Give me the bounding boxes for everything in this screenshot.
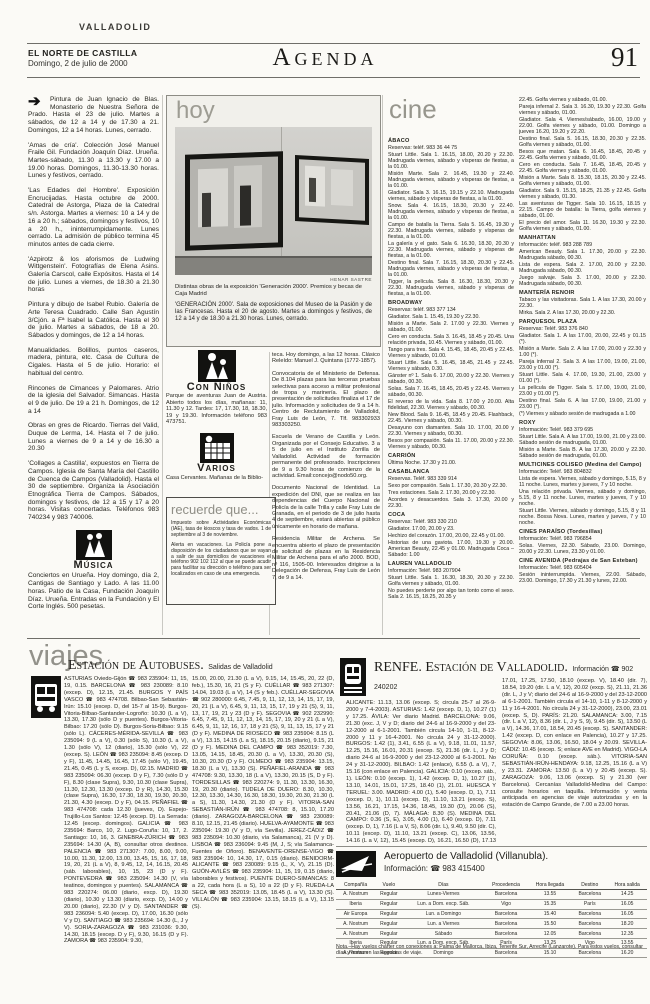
cine-entry: Gladiator. 17.00, 20.00 y 23.: [388, 526, 514, 532]
flight-table-header-cell: Procedencia: [484, 881, 527, 890]
musica-icon: [76, 530, 112, 560]
cine-venue: ROXYInformación: Teléf. 983 379 695Stuar…: [519, 420, 646, 459]
masthead-bottom-rule: [27, 77, 640, 78]
flight-row: IberiaRegularLun. a Dom. excp. Sáb.Vigo1…: [336, 899, 647, 909]
cine-entry: Misión Marte. Sala 2. 16.45, 19.30 y 22.…: [388, 171, 514, 189]
hoy-feature-box: hoy HENAR SASTRE Distintas obras de la e…: [166, 95, 381, 347]
cine-entry: Gladiator. Sala 9. 15.15, 18.25, 21.35 y…: [519, 188, 646, 200]
recuerde-item: Impuesto sobre Actividades Económicas (I…: [171, 521, 271, 539]
cine-venue: LAUREN VALLADOLIDInformación: Teléf. 983…: [388, 561, 514, 600]
cine-entry: Stuart Little. Sala A. A las 17.00, 19.0…: [519, 434, 646, 446]
cine-entry: Gladiator. Sala 3. 16.15, 19.15 y 22.10.…: [388, 190, 514, 202]
flight-row: A. NostrumRegularLun. a ViernesBarcelona…: [336, 919, 647, 929]
cine-entry: Sexo por compasión. Sala 1. 17.30, 20.30…: [388, 483, 514, 489]
cine-entry: Gladiator. Sala 1. 15.45, 19.30 y 22.30.: [388, 314, 514, 320]
cine-entry: Tigger, la película. Sala 8. 16.30, 18.3…: [388, 279, 514, 297]
cine-venue-name: BROADWAY: [388, 300, 514, 306]
agenda-item: Manualidades. Bolillos, puntos caseros, …: [28, 347, 159, 378]
photo-credit: HENAR SASTRE: [175, 277, 372, 282]
flight-cell: Lun. a Viernes: [403, 919, 485, 929]
announcement: Residencia Militar de Archena. Se encuen…: [272, 536, 380, 581]
flight-cell: París: [572, 899, 607, 909]
announcement: Documento Nacional de Identidad. La expe…: [272, 485, 380, 530]
flight-table-header-cell: Compañía: [336, 881, 375, 890]
flight-cell: Iberia: [336, 899, 375, 909]
flight-cell: 16.05: [607, 909, 647, 919]
cine-entry: Stuart Little. Sala 1. 16.15, 18.00, 20.…: [388, 152, 514, 170]
cine-entry: Destino final. Sala 6. A las 17.00, 19.0…: [519, 398, 646, 410]
train-icon: [340, 658, 366, 696]
flight-cell: Barcelona: [484, 929, 527, 939]
airport-title: Aeropuerto de Valladolid (Villanubla).: [384, 851, 548, 862]
cine-entry: (*) Viernes y sábado sesión de madrugada…: [519, 411, 646, 417]
exhibitions-column: ➔Pintura de Juan Ignacio de Blas. Monast…: [28, 96, 159, 630]
flight-cell: 15.35: [528, 899, 572, 909]
flight-cell: Air Europa: [336, 909, 375, 919]
viajes-top-rule: [27, 638, 640, 639]
flight-cell: Vigo: [484, 899, 527, 909]
flight-cell: Regular: [375, 890, 402, 900]
bus-schedule-column-2: 15.00, 20.00, 21.30 (L a V), 9.15, 14, 1…: [192, 676, 334, 1000]
cine-venue-name: CARRIÓN: [388, 453, 514, 459]
flight-cell: Barcelona: [484, 909, 527, 919]
cine-entry: Información: Teléf. 983 379 695: [519, 427, 646, 433]
agenda-item: 'Azpirotz & los aforismos de Ludwing Wit…: [28, 256, 159, 295]
column-divider: [162, 95, 163, 635]
flight-cell: 12.35: [607, 929, 647, 939]
flight-cell: 15.50: [528, 919, 572, 929]
bus-station-subtitle: Salidas de Valladolid: [208, 664, 272, 671]
edition-region-label: VALLADOLID: [79, 22, 151, 32]
cine-entry: Lista de espera. Viernes, sábado y domin…: [519, 476, 646, 488]
exhibition-photo: [175, 127, 372, 275]
cine-entry: Destino final. Sala 5. 16.15, 18.30, 20.…: [519, 136, 646, 148]
cine-entry: Misión a Marte. Sala 8. 15.30, 18.15, 20…: [519, 175, 646, 187]
flight-table-header-cell: Hora salida: [607, 881, 647, 890]
flight-cell: 12.05: [528, 929, 572, 939]
airport-info-phone: Información: ☎ 983 415400: [384, 864, 485, 873]
cine-entry: Tango para tres. Sala 4. 15.45, 18.45, 2…: [388, 347, 514, 359]
hoy-listing: 'GENERACIÓN 2000'. Sala de exposiciones …: [175, 302, 372, 323]
cine-venue-name: ÁBACO: [388, 138, 514, 144]
arrow-icon: ➔: [28, 96, 50, 109]
cine-entry: Misión a Marte. Sala 2. A las 17.00, 20.…: [519, 346, 646, 358]
flight-cell: Barcelona: [572, 890, 607, 900]
cine-entry: American Beauty. Sala 1. 17.30, 20.00 y …: [519, 249, 646, 261]
cine-venue-name: LAUREN VALLADOLID: [388, 561, 514, 567]
cine-column-1: ÁBACOReservas: teléf. 983 36 44 75Stuart…: [388, 136, 514, 635]
cine-entry: El reverso de la vida. Sala 8. 17.00 y 2…: [388, 399, 514, 411]
cine-venue: PARQUESOL PLAZAReservas: Teléf. 983 376 …: [519, 319, 646, 417]
agenda-item: ➔Pintura de Juan Ignacio de Blas. Monast…: [28, 96, 159, 135]
cine-entry: Cero en conducta. Sala 3. 16.45, 18.45 y…: [388, 334, 514, 346]
cine-entry: Misión a Marte. Sala B. A las 17.30, 20.…: [519, 447, 646, 459]
cine-venue: CASABLANCAReservas. Teléf. 983 339 914Se…: [388, 469, 514, 509]
cine-venue-name: ROXY: [519, 420, 646, 426]
kids-column: Con Niños Parque de aventuras Juan de Au…: [166, 350, 267, 481]
cine-entry: Tres estaciones. Sala 2. 17.30, 20.00 y …: [388, 490, 514, 496]
flight-cell: A. Nostrum: [336, 890, 375, 900]
announcement: Escuela de Verano de Castilla y León. Or…: [272, 434, 380, 479]
cine-entry: Pareja infernal 2. Sala 3. 16.30, 19.30 …: [519, 104, 646, 116]
cine-entry: Lista de espera. Sala 2. 17.00, 20.00 y …: [519, 262, 646, 274]
cine-entry: Mirka. Sala 2. A las 17.30, 20.00 y 22.3…: [519, 310, 646, 316]
cine-entry: Información: Teléf. 983 605404: [519, 565, 646, 571]
cine-entry: Reservas: teléf. 983 36 44 75: [388, 145, 514, 151]
flight-row: A. NostrumRegularLunes-ViernesBarcelona1…: [336, 890, 647, 900]
bus-icon: [31, 676, 61, 718]
cine-entry: Reservas: teléf. 983 377 134: [388, 307, 514, 313]
cine-entry: Stuart Little. Sala 5. 16.45, 18.45, 21.…: [388, 360, 514, 372]
cine-venue-name: MULTICINES COLISEO (Medina del Campo): [519, 462, 646, 468]
flight-table-header-cell: Hora llegada: [528, 881, 572, 890]
cine-venue-name: MANTERÍA RENOIR: [519, 290, 646, 296]
flight-table-note: Nota.–Hay vuelos chárter con conexiones …: [336, 944, 647, 956]
cine-entry: Gladiator. Sala 1. A las 17.00, 20.00, 2…: [519, 333, 646, 345]
flight-cell: Regular: [375, 909, 402, 919]
cine-entry: Pareja infernal 2. Sala 3. A las 17.00, …: [519, 359, 646, 371]
cine-entry: Reservas. Teléf. 983 339 914: [388, 476, 514, 482]
con-ninos-text: Parque de aventuras Juan de Austria. Abi…: [166, 393, 267, 425]
newspaper-page: VALLADOLID EL NORTE DE CASTILLA Domingo,…: [0, 0, 650, 1004]
renfe-schedule-column-1: ALICANTE: 11.13, 13.06 (excep. S; circul…: [346, 700, 496, 843]
flight-cell: Lunes-Viernes: [403, 890, 485, 900]
flight-cell: A. Nostrum: [336, 929, 375, 939]
cine-entry: Hechizo del corazón. 17.00, 20.00, 22.45…: [388, 533, 514, 539]
cine-venue: MULTICINES COLISEO (Medina del Campo)Inf…: [519, 462, 646, 526]
hoy-label: hoy: [176, 97, 215, 125]
flight-table-header-cell: Días: [403, 881, 485, 890]
recuerde-box: recuerde que... Impuesto sobre Actividad…: [166, 497, 276, 605]
section-title: Agenda: [0, 44, 650, 72]
cine-entry: Información: teléf. 983 288 789: [519, 242, 646, 248]
cine-entry: Destino final. Sala 7. 16.15, 18.30, 20.…: [388, 260, 514, 278]
agenda-item: Rincones de Cimances y Palomares. Atrio …: [28, 385, 159, 416]
flight-cell: A. Nostrum: [336, 919, 375, 929]
flight-row: A. NostrumRegularSábadoBarcelona12.05Bar…: [336, 929, 647, 939]
bus-station-title: Estación de Autobuses.: [68, 658, 204, 673]
cine-entry: Stuart Little. Sala 4. 17.00, 19.30, 21.…: [519, 372, 646, 384]
cine-entry: Campo de batalla la Tierra. Sala 5. 16.4…: [388, 222, 514, 240]
cine-venue: COCAReservas: Teléf. 983 330 210Gladiato…: [388, 512, 514, 558]
con-ninos-heading: Con Niños: [166, 384, 267, 390]
flight-table-header-row: CompañíaVueloDíasProcedenciaHora llegada…: [336, 881, 647, 890]
photo-caption: Distintas obras de la exposición 'Genera…: [175, 284, 372, 298]
flight-table-header-cell: Vuelo: [375, 881, 402, 890]
varios-heading: Varios: [166, 465, 267, 471]
agenda-item: 'Amas de cría'. Colección José Manuel Fr…: [28, 142, 159, 181]
flight-cell: 18.20: [607, 919, 647, 929]
cine-venue-name: MANHATTAN: [519, 235, 646, 241]
flight-cell: Sábado: [403, 929, 485, 939]
cine-entry: La galería y el gato. Sala 6. 16.30, 18.…: [388, 241, 514, 259]
cine-venue: MANHATTANInformación: teléf. 983 288 789…: [519, 235, 646, 287]
cine-entry: Información: Teléf. 983 796854: [519, 536, 646, 542]
flight-cell: Regular: [375, 919, 402, 929]
cine-venue: MANTERÍA RENOIRTabaco y las visitadoras.…: [519, 290, 646, 316]
cine-entry: Información: Teléf. 983 207904: [388, 568, 514, 574]
renfe-title: RENFE. Estación de Valladolid.: [374, 660, 568, 675]
flight-cell: 14.25: [607, 890, 647, 900]
announcements-column: teca. Hoy domingo, a las 12 horas. Clási…: [272, 352, 380, 635]
bus-station-heading: Estación de Autobuses. Salidas de Vallad…: [68, 656, 273, 674]
flight-cell: Regular: [375, 899, 402, 909]
cine-venue: CINES PARAÍSO (Tordesillas)Información: …: [519, 529, 646, 555]
cine-column-2: 22.45. Golfa viernes y sábado, 01.00.Par…: [519, 97, 646, 635]
cine-venue-name: CASABLANCA: [388, 469, 514, 475]
flight-cell: Barcelona: [572, 909, 607, 919]
cine-entry: Tabaco y las visitadoras. Sala 1. A las …: [519, 297, 646, 309]
cine-entry: La película de Tigger. Sala 5. 17.00, 19…: [519, 385, 646, 397]
cine-entry: No puedes perderte por algo tan tonto co…: [388, 588, 514, 600]
column-divider: [382, 95, 383, 635]
cine-entry: Besos que matan. Sala 6. 16.45, 18.45, 2…: [519, 149, 646, 161]
agenda-item: 'Las Edades del Hombre'. Exposición Encr…: [28, 187, 159, 249]
agenda-item: 'Collages a Castilla', expuestos en Tier…: [28, 460, 159, 522]
cine-entry: Desayuno con diamantes. Sala 10. 17.00, …: [388, 425, 514, 437]
cine-entry: 22.45. Golfa viernes y sábado, 01.00.: [519, 97, 646, 103]
recuerde-item: Alerta en vacaciones. La Policía pone a …: [171, 543, 271, 578]
cine-venue: ÁBACOReservas: teléf. 983 36 44 75Stuart…: [388, 138, 514, 297]
flight-cell: 16.05: [607, 899, 647, 909]
cine-venue: 22.45. Golfa viernes y sábado, 01.00.Par…: [519, 97, 646, 232]
recuerde-title: recuerde que...: [171, 502, 271, 517]
cine-entry: Información: Teléf. 983 804832: [519, 469, 646, 475]
varios-icon: [200, 433, 234, 463]
cine-venue-name: COCA: [388, 512, 514, 518]
cine-entry: Solas. Viernes, 22.30. Sábado, 23.00. Do…: [519, 543, 646, 555]
cine-venue-name: CINE AVENIDA (Pedrajas de San Esteban): [519, 558, 646, 564]
cine-entry: Solas. Sala 7. 16.45, 18.45, 20.45 y 22.…: [388, 386, 514, 398]
bus-schedule-column-1: ASTURIAS Oviedo-Gijón ☎ 983 235904: 11, …: [64, 676, 188, 1000]
cine-venue: BROADWAYReservas: teléf. 983 377 134Glad…: [388, 300, 514, 450]
cine-entry: El precio del amor. Sala 11. 16.30, 19.3…: [519, 220, 646, 232]
cine-entry: New Blood. Sala 9. 16.45, 18.45 y 20.45.…: [388, 412, 514, 424]
cine-entry: Stuart Little. Sala 1. 16.30, 18.30, 20.…: [388, 575, 514, 587]
cine-entry: Historias de una gaviota. 17.00, 19.30 y…: [388, 540, 514, 558]
flight-cell: Barcelona: [572, 929, 607, 939]
flight-cell: Barcelona: [484, 919, 527, 929]
cine-entry: Sesión ininterrumpida. Viernes, 22.00. S…: [519, 572, 646, 584]
musica-heading: Música: [28, 562, 159, 570]
cine-entry: Snow. Sala 4. 16.15, 18.30, 20.30 y 22.4…: [388, 203, 514, 221]
flight-cell: Barcelona: [572, 919, 607, 929]
musica-text: Conciertos en Urueña. Hoy domingo, día 2…: [28, 572, 159, 611]
cine-entry: Gladiator. Sala 4. Viernes/sábado, 16.00…: [519, 117, 646, 135]
agenda-item: Obras en gres de Ricardo. Tierras del Va…: [28, 422, 159, 453]
cine-entry: Las aventuras de Tigger. Sala 10. 16.15,…: [519, 201, 646, 219]
con-ninos-icon: [198, 350, 236, 382]
cine-entry: Juego salvaje. Sala 3. 17.00, 20.00 y 22…: [519, 275, 646, 287]
cine-entry: Reservas: Teléf. 983 330 210: [388, 519, 514, 525]
cine-entry: Misión a Marte. Sala 2. 17.00 y 22.30. V…: [388, 321, 514, 333]
flight-cell: 15.40: [528, 909, 572, 919]
cine-venue: CINE AVENIDA (Pedrajas de San Esteban)In…: [519, 558, 646, 584]
flight-cell: Barcelona: [484, 890, 527, 900]
cine-entry: Acordes y desacuerdos. Sala 3. 17.30, 20…: [388, 497, 514, 509]
announcement: Convocatoria de el Ministerio de Defensa…: [272, 371, 380, 429]
flight-cell: Regular: [375, 929, 402, 939]
flight-cell: 13.55: [528, 890, 572, 900]
cine-entry: Cero en conducta. Sala 7. 16.45, 18.45, …: [519, 162, 646, 174]
cine-venue-name: PARQUESOL PLAZA: [519, 319, 646, 325]
cine-entry: Besos por compasión. Sala 11. 17.00, 20.…: [388, 438, 514, 450]
cine-entry: Reservas: Teléf. 983 376 840: [519, 326, 646, 332]
cine-entry: Gánster nº 1. Sala 6. 17.00, 20.00 y 22.…: [388, 373, 514, 385]
cine-entry: Una relación privada. Viernes, sábado y …: [519, 489, 646, 507]
cine-venue-name: CINES PARAÍSO (Tordesillas): [519, 529, 646, 535]
airport-divider-rule: [336, 846, 647, 847]
cine-label: cine: [389, 94, 437, 125]
cine-entry: Stuart Little. Viernes, sábado y domingo…: [519, 508, 646, 526]
cine-venue: CARRIÓNÚltima Noche. 17.30 y 21.00.: [388, 453, 514, 466]
cine-entry: Última Noche. 17.30 y 21.00.: [388, 460, 514, 466]
flight-cell: Lun. a Dom. excp. Sáb.: [403, 899, 485, 909]
airplane-logo-icon: [336, 851, 376, 877]
flight-cell: Lun. a Domingo: [403, 909, 485, 919]
flight-row: Air EuropaRegularLun. a DomingoBarcelona…: [336, 909, 647, 919]
announcement: teca. Hoy domingo, a las 12 horas. Clási…: [272, 352, 380, 365]
page-number: 91: [611, 42, 638, 73]
varios-text: Casa Cervantes. Mañanas de la Biblio-: [166, 475, 267, 481]
renfe-schedule-column-2: 17.01, 17.25, 17.50, 18.10 (excep. V), 1…: [502, 678, 647, 843]
agenda-item: Pintura y dibujo de Isabel Rubio. Galerí…: [28, 301, 159, 340]
flight-table-header-cell: Destino: [572, 881, 607, 890]
